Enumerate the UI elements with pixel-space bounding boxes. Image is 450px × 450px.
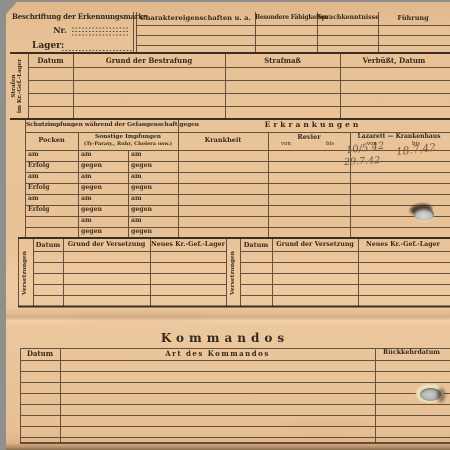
cell-am: am: [81, 173, 92, 180]
vaccination-row: am am am: [0, 173, 450, 184]
tag-number-label: Nr.: [50, 26, 70, 34]
punch-hole-shadow: [437, 388, 445, 402]
vaccination-row: Erfolg gegen gegen: [0, 206, 450, 217]
punishments-header-sentence: Strafmaß: [225, 57, 340, 64]
cell-am: am: [131, 195, 142, 202]
illnesses-header-hospital: Lazarett — Krankenhaus: [350, 134, 448, 140]
scanned-pow-record-card: Beschriftung der Erkennungsmarke Nr. Lag…: [0, 0, 450, 450]
punishments-header-reason: Grund der Bestrafung: [73, 57, 225, 64]
tag-description-label: Beschriftung der Erkennungsmarke: [12, 13, 130, 20]
cell-erfolg: Erfolg: [28, 184, 49, 191]
cell-am: am: [131, 217, 142, 224]
column-header-abilities: Besondere Fähigkeiten: [255, 15, 317, 21]
vaccination-row: gegen gegen: [0, 228, 450, 239]
vaccination-row: am am: [0, 217, 450, 228]
transfers-side-label-right: Versetzungen: [225, 240, 240, 305]
cell-am: am: [28, 173, 39, 180]
transfers-header-date: Datum: [33, 242, 63, 249]
cell-gegen: gegen: [131, 162, 152, 169]
punishments-header-date: Datum: [28, 57, 73, 64]
vaccinations-header-other-detail: (Ty-Paraty., Ruhr, Cholera usw.): [78, 142, 178, 147]
sickbay-to-label: bis: [320, 142, 340, 148]
paper-fold-crease: [6, 307, 450, 327]
column-header-character: Charaktereigenschaften u. a.: [136, 15, 255, 22]
transfers-header-reason: Grund der Versetzung: [272, 242, 358, 249]
transfers-header-date: Datum: [240, 242, 272, 249]
column-header-languages: Sprachkenntnisse: [317, 15, 378, 22]
cell-am: am: [131, 151, 142, 158]
vaccination-row: Erfolg gegen gegen: [0, 184, 450, 195]
sickbay-from-label: von: [276, 142, 296, 148]
column-header-conduct: Führung: [378, 15, 448, 22]
kommandos-header-type: Art des Kommandos: [60, 350, 375, 357]
cell-am: am: [81, 195, 92, 202]
transfers-side-label-left: Versetzungen: [17, 240, 32, 305]
cell-gegen: gegen: [81, 184, 102, 191]
vaccination-row: am am am: [0, 195, 450, 206]
punishments-side-label-line2: im Kr.-Gef.-Lager: [17, 59, 23, 113]
cell-gegen: gegen: [131, 206, 152, 213]
illnesses-header-sickbay: Revier: [268, 134, 350, 141]
cell-am: am: [81, 217, 92, 224]
punishments-side-label: Strafen im Kr.-Gef.-Lager: [6, 54, 28, 118]
cell-gegen: gegen: [131, 228, 152, 235]
kommandos-header-return-date: Rückkehrdatum: [375, 350, 448, 357]
kommandos-header-date: Datum: [20, 350, 60, 357]
transfers-header-newcamp: Neues Kr.-Gef.-Lager: [150, 242, 226, 249]
transfers-header-reason: Grund der Versetzung: [63, 242, 150, 249]
camp-label: Lager:: [32, 42, 62, 51]
illnesses-title: Erkrankungen: [178, 121, 448, 129]
cell-am: am: [28, 151, 39, 158]
vaccinations-title: Schutzimpfungen während der Gefangenscha…: [26, 122, 177, 128]
cell-gegen: gegen: [81, 206, 102, 213]
cell-am: am: [131, 173, 142, 180]
punch-hole: [414, 208, 434, 221]
transfers-header-newcamp: Neues Kr.-Gef.-Lager: [358, 242, 448, 249]
kommandos-title: Kommandos: [0, 332, 450, 345]
cell-erfolg: Erfolg: [28, 206, 49, 213]
paper-bottom-edge: [6, 443, 450, 450]
cell-gegen: gegen: [81, 162, 102, 169]
punishments-header-served: Verbüßt, Datum: [340, 57, 448, 64]
cell-gegen: gegen: [81, 228, 102, 235]
handwritten-date: 29.7.42: [344, 155, 381, 168]
vaccination-row: Erfolg gegen gegen: [0, 162, 450, 173]
cell-am: am: [28, 195, 39, 202]
cell-gegen: gegen: [131, 184, 152, 191]
vaccination-row: am am am: [0, 151, 450, 162]
vaccinations-header-smallpox: Pocken: [25, 137, 78, 144]
punishments-side-label-line1: Strafen: [11, 59, 17, 113]
cell-erfolg: Erfolg: [28, 162, 49, 169]
vaccinations-header-other: Sonstige Impfungen: [78, 134, 178, 140]
illnesses-header-disease: Krankheit: [178, 137, 268, 144]
cell-am: am: [81, 151, 92, 158]
